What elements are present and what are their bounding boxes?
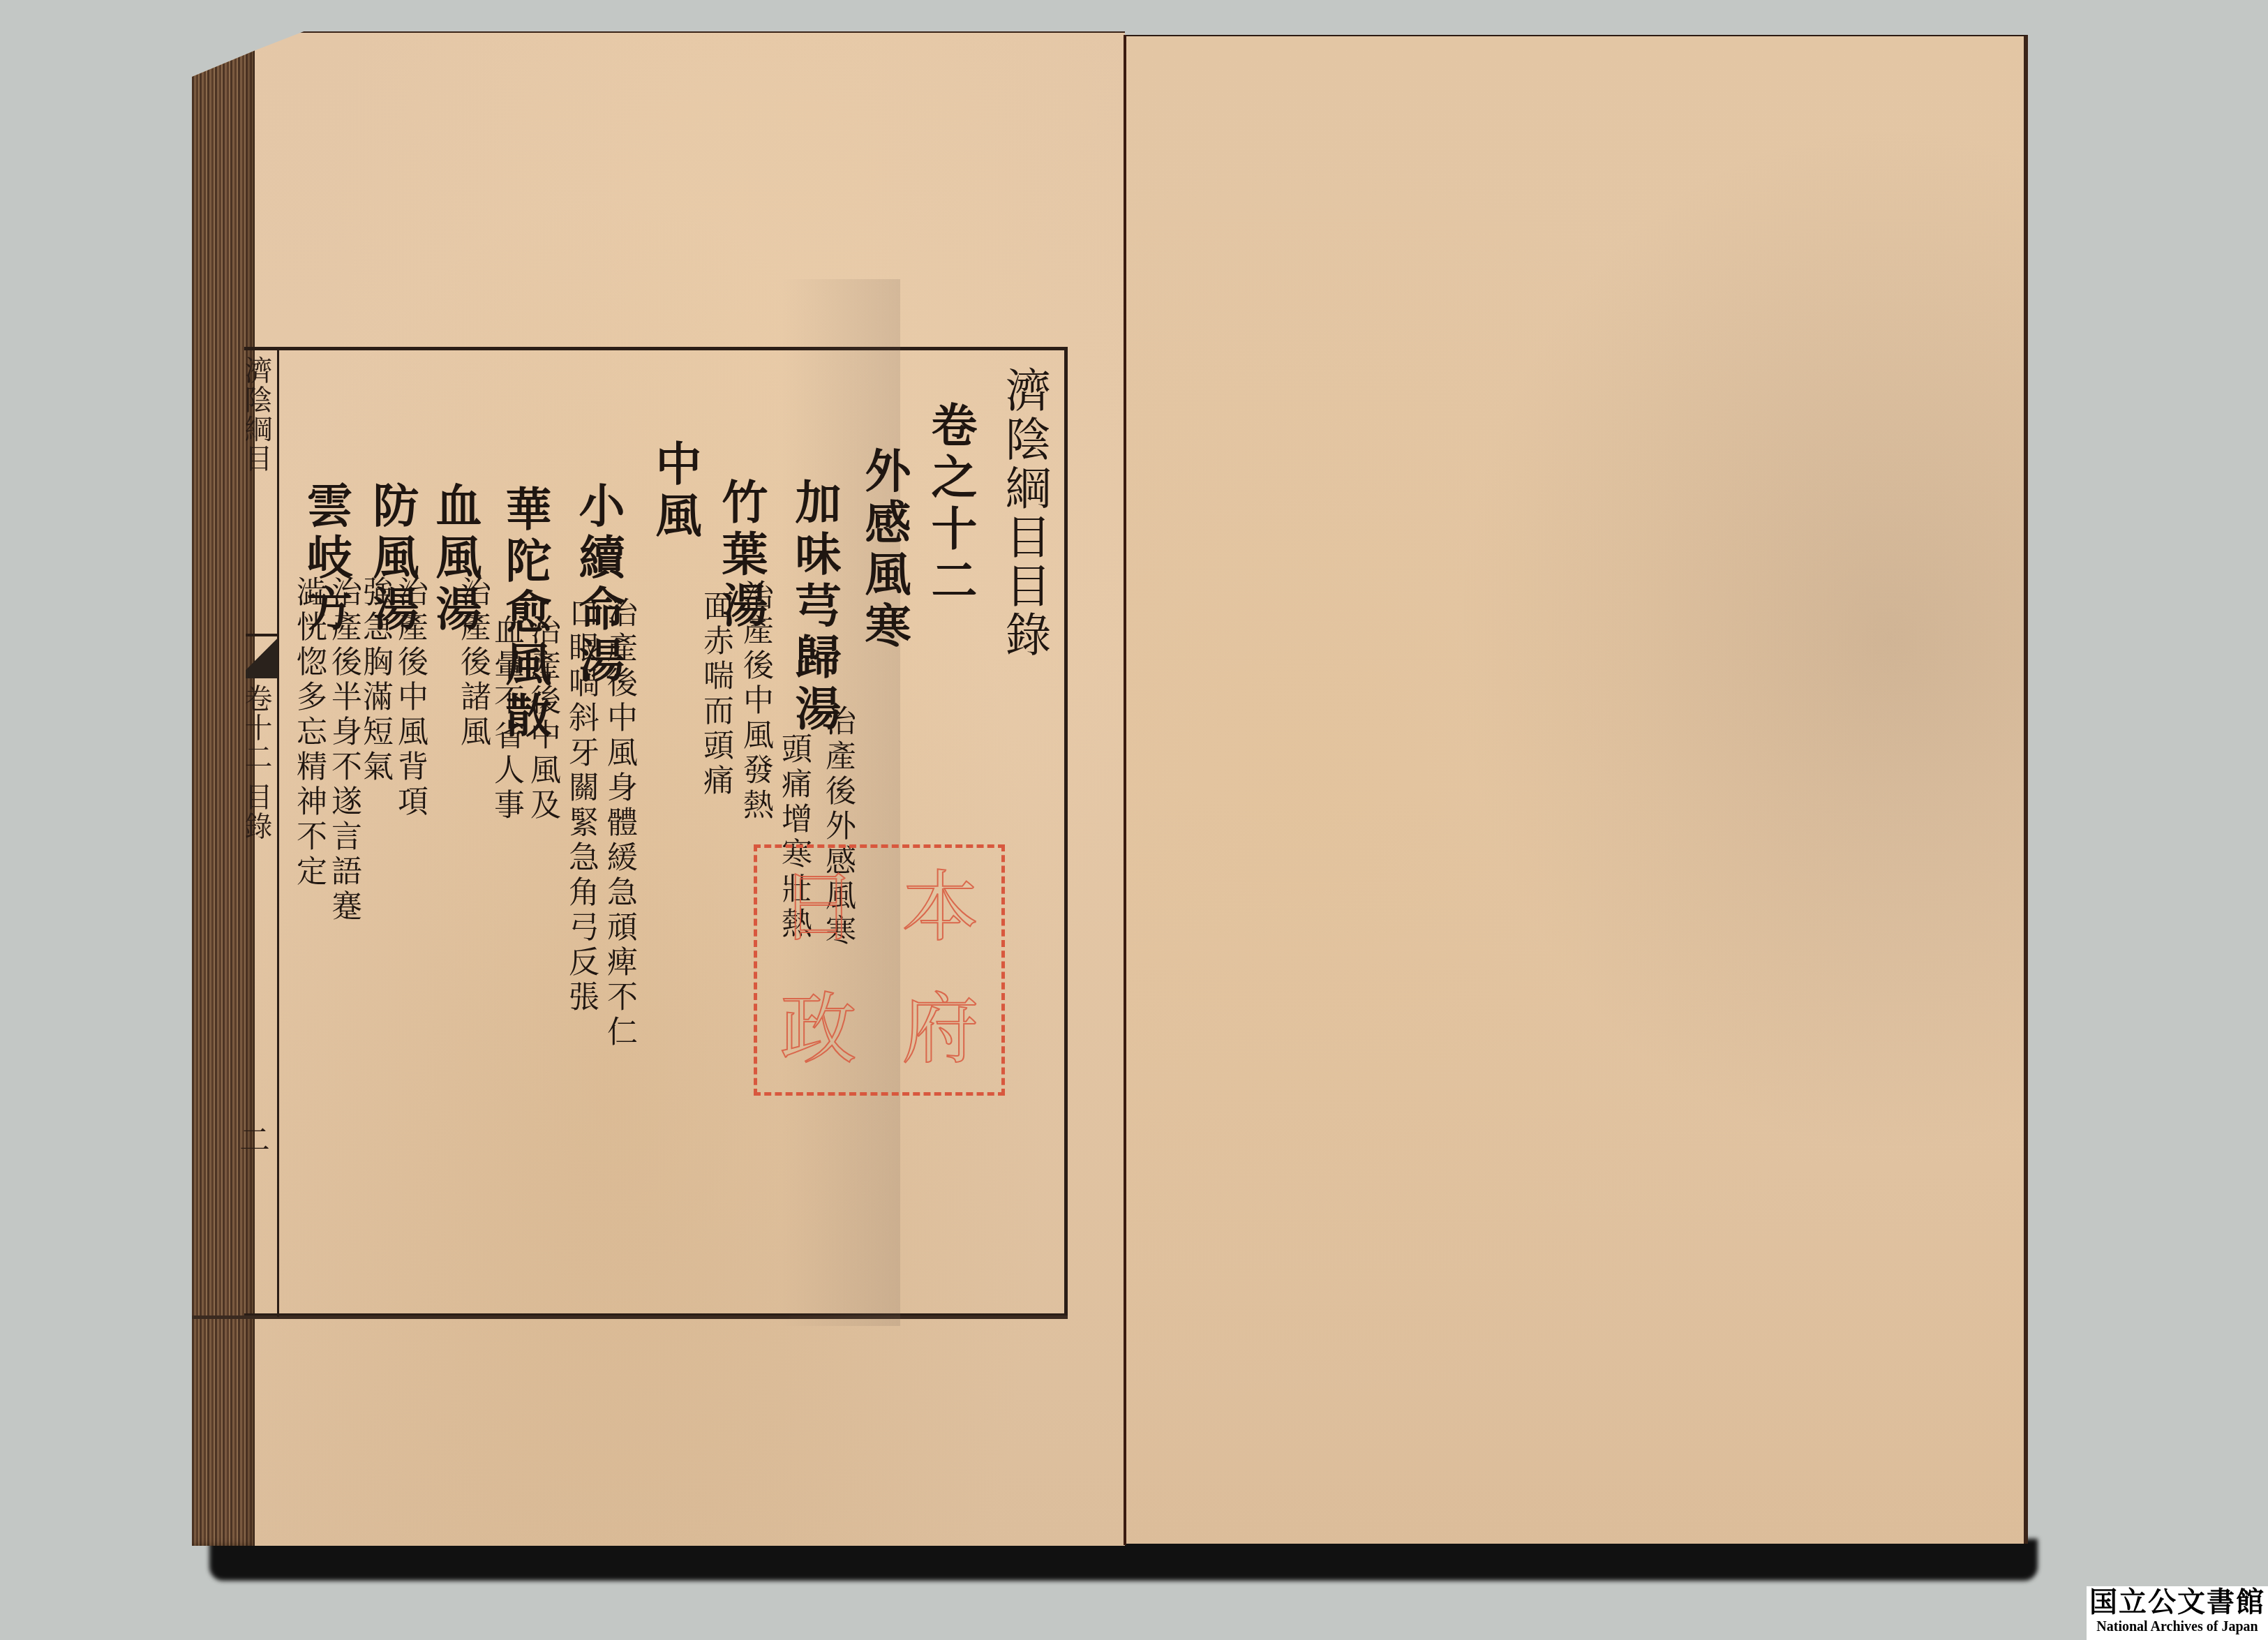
fold-column-title: 濟陰綱目 <box>248 356 276 473</box>
entry-name: 加味芎歸湯 <box>782 478 848 736</box>
fishtail-marker-icon <box>246 634 278 678</box>
volume-heading: 卷之十二 <box>918 401 984 608</box>
fold-column-page-number: 二 <box>246 1124 274 1154</box>
entry-note: 口眼喎斜牙關緊急角弓反張 <box>558 597 603 1015</box>
national-archives-logo: 国立公文書館 National Archives of Japan <box>2087 1586 2268 1640</box>
entry-note: 治產後中風發熱 <box>733 579 777 823</box>
seal-char: 政 <box>757 970 879 1092</box>
seal-char: 府 <box>879 970 1001 1092</box>
logo-english-text: National Archives of Japan <box>2087 1618 2268 1635</box>
book-spine <box>1124 35 1126 1545</box>
document-title: 濟陰綱目目錄 <box>991 366 1057 659</box>
red-seal-stamp: 日 本 政 府 <box>754 844 1005 1096</box>
frame-bottom-line <box>192 1315 1068 1319</box>
fold-column-volume: 卷十二 目錄 <box>248 684 276 841</box>
seal-char: 本 <box>879 848 1001 970</box>
right-page-blank <box>1126 35 2028 1544</box>
section-heading: 中風 <box>642 440 708 543</box>
seal-char: 日 <box>757 848 879 970</box>
logo-japanese-text: 国立公文書館 <box>2087 1586 2268 1618</box>
entry-note: 治產後諸風 <box>450 576 495 750</box>
entry-note: 面赤喘而頭痛 <box>693 590 738 799</box>
section-heading: 外感風寒 <box>851 447 918 653</box>
entry-note: 治產後中風身體緩急頑痺不仁 <box>597 597 641 1050</box>
entry-note: 澁恍惚多忘精神不定 <box>286 576 331 890</box>
